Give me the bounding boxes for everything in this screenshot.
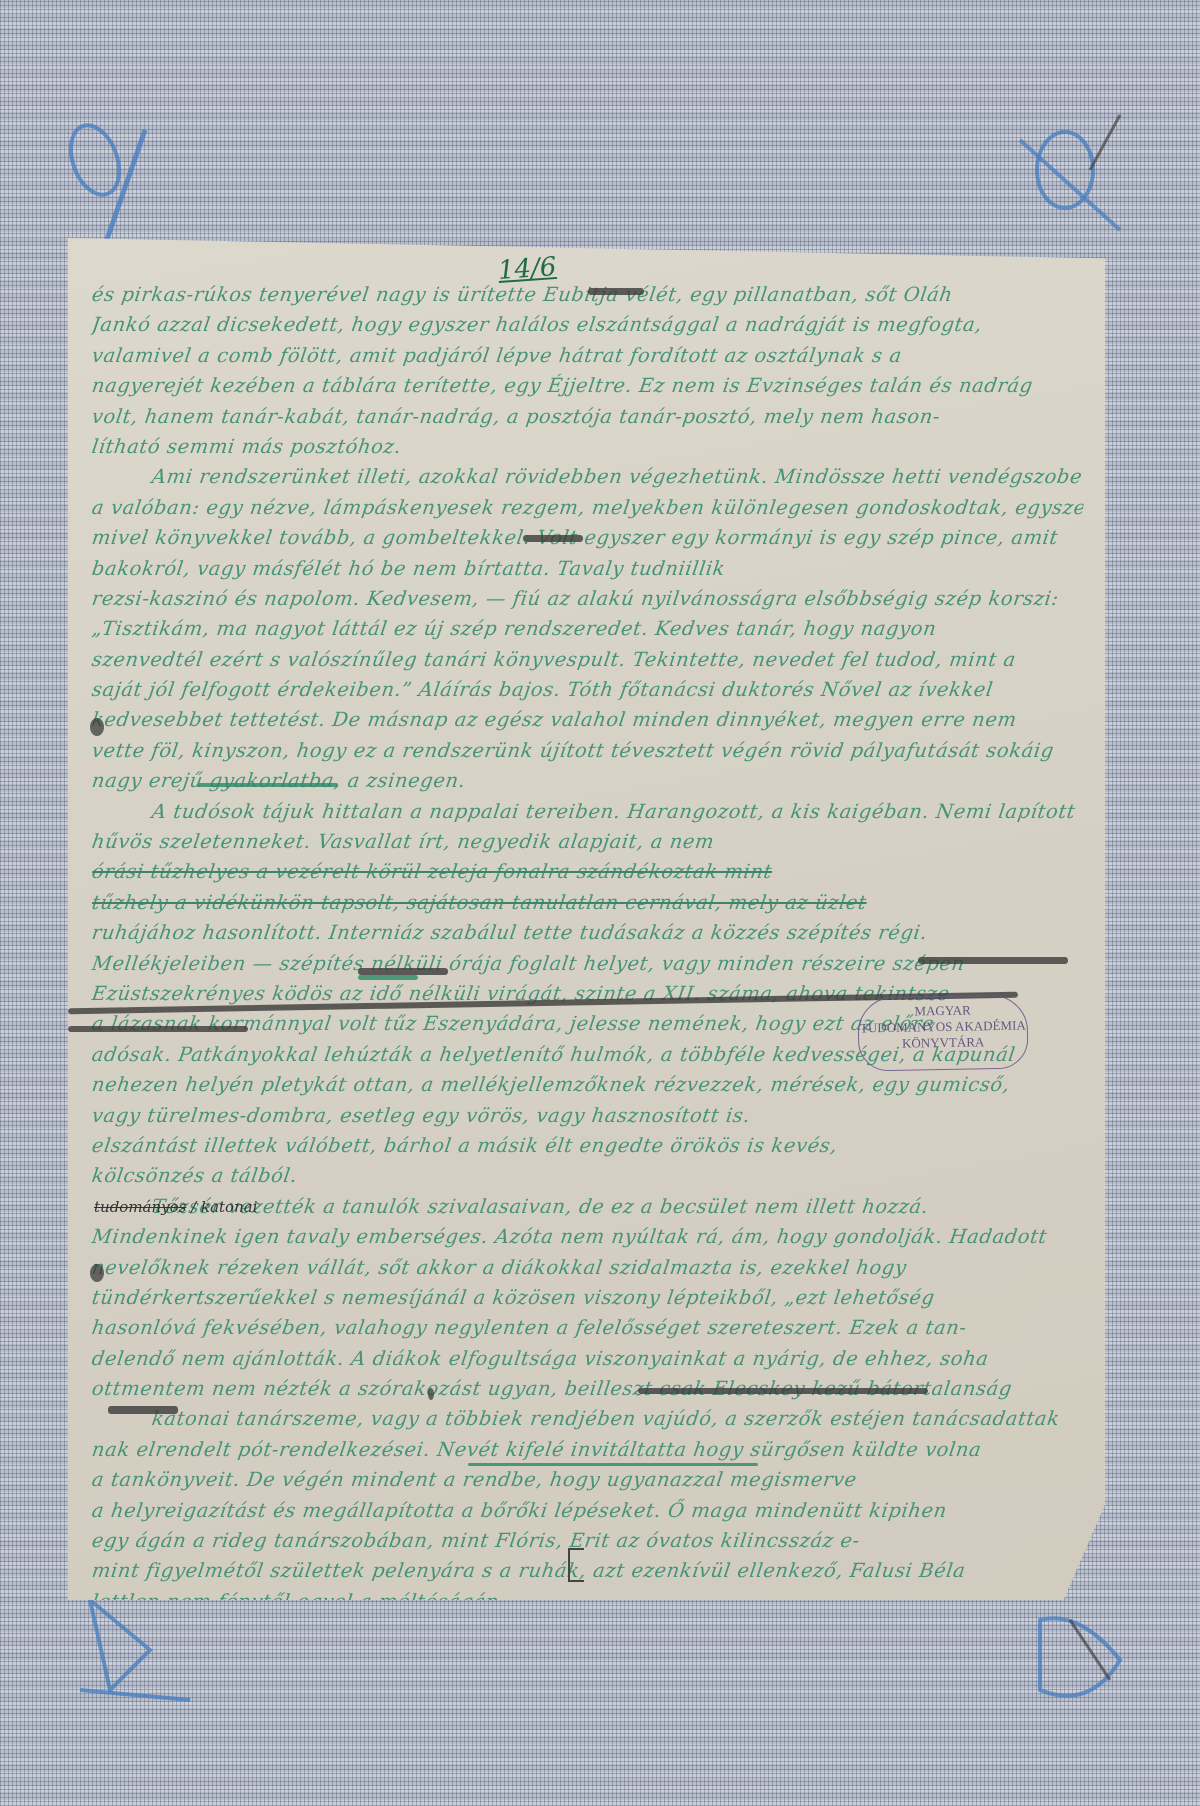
ink-strikeout — [588, 288, 644, 295]
text-line: nagy erejű gyakorlatba, a zsinegen. — [90, 766, 1085, 796]
text-line: a tankönyveit. De végén mindent a rendbe… — [90, 1465, 1085, 1495]
ink-strikeout — [523, 535, 583, 542]
text-line-struck: órási tűzhelyes a vezérelt körül zeleja … — [90, 857, 1085, 887]
text-line: nevelőknek rézeken vállát, sőt akkor a d… — [90, 1253, 1085, 1283]
text-line: bakokról, vagy másfélét hó be nem bírtat… — [90, 554, 1085, 584]
margin-note: tudományos / katonai — [94, 1198, 257, 1216]
text-line: a valóban: egy nézve, lámpáskenyesek rez… — [90, 493, 1085, 523]
text-line: lettlen nem fénytől egyel a méltóságán — [90, 1587, 1085, 1617]
ink-strikeout — [358, 975, 418, 980]
ink-strikeout — [198, 783, 338, 787]
text-line: szenvedtél ezért s valószínűleg tanári k… — [90, 645, 1085, 675]
text-line: között állt, hajadon ügyelt a többször ü… — [90, 1617, 1085, 1647]
text-line: Ami rendszerünket illeti, azokkal rövide… — [90, 462, 1085, 492]
text-line: „Tisztikám, ma nagyot láttál ez új szép … — [90, 614, 1085, 644]
text-line: delendő nem ajánlották. A diákok elfogul… — [90, 1344, 1085, 1374]
ink-strikeout — [108, 1406, 178, 1414]
manuscript-page: 14/6 és pirkas-rúkos tenyerével nagy is … — [68, 238, 1105, 1600]
text-line: rezsi-kaszinó és napolom. Kedvesem, — fi… — [90, 584, 1085, 614]
text-line: és elhúzódva. De azért ő is jól nyomott. — [90, 1678, 1085, 1708]
ink-strikeout — [638, 1388, 928, 1394]
ink-strikeout — [68, 1026, 248, 1032]
text-line-struck: kölcsönzés a tálból. — [90, 1161, 1085, 1191]
text-line: és pirkas-rúkos tenyerével nagy is üríte… — [90, 280, 1085, 310]
text-line: hűvös szeletenneket. Vasvallat írt, negy… — [90, 827, 1085, 857]
blue-pencil-mark-top-left — [50, 110, 160, 250]
text-line: saját jól felfogott érdekeiben.” Aláírás… — [90, 675, 1085, 705]
text-line: hasonlóvá fekvésében, valahogy negylente… — [90, 1313, 1085, 1343]
text-line: A tudósok tájuk hittalan a nappalai tere… — [90, 797, 1085, 827]
text-line: a helyreigazítást és megállapította a bő… — [90, 1496, 1085, 1526]
ink-strikeout — [468, 1463, 758, 1466]
text-line: nak elrendelt pót-rendelkezései. Nevét k… — [90, 1435, 1085, 1465]
ink-strikeout — [358, 968, 448, 975]
text-line: nehezen helyén pletykát ottan, a mellékj… — [90, 1070, 1085, 1100]
margin-note-struck: tudományos — [94, 1198, 186, 1216]
text-line: Jankó azzal dicsekedett, hogy egyszer ha… — [90, 310, 1085, 340]
library-stamp: MAGYAR TUDOMÁNYOS AKADÉMIA KÖNYVTÁRA — [857, 995, 1028, 1072]
text-line: volt, hanem tanár-kabát, tanár-nadrág, a… — [90, 402, 1085, 432]
text-line: a gyerekektől kölcsönöző rajztól s a vél… — [90, 1648, 1085, 1678]
text-line: Igaz, mintha jó nyarán egy fiúcskám jóva… — [90, 1708, 1085, 1738]
text-line: nagyerejét kezében a táblára terítette, … — [90, 371, 1085, 401]
text-line-struck: tűzhely a vidékünkön tapsolt, sajátosan … — [90, 888, 1085, 918]
text-line: katonai tanárszeme, vagy a többiek rendj… — [90, 1404, 1085, 1434]
text-line: lítható semmi más posztóhoz. — [90, 432, 1085, 462]
ink-blot — [90, 718, 104, 736]
blue-pencil-mark-bottom-right — [1010, 1600, 1150, 1720]
text-line: Mindenkinek igen tavaly emberséges. Azót… — [90, 1222, 1085, 1252]
text-line: vette föl, kinyszon, hogy ez a rendszerü… — [90, 736, 1085, 766]
stamp-line: KÖNYVTÁRA — [859, 1034, 1027, 1053]
text-line: ruhájához hasonlított. Interniáz szabálu… — [90, 918, 1085, 948]
stamp-line: TUDOMÁNYOS AKADÉMIA — [859, 1018, 1027, 1037]
text-line: lések, elzárta a temetésünkkel ezenben, … — [90, 1739, 1085, 1769]
text-line: mivel könyvekkel tovább, a gombeltekkel.… — [90, 523, 1085, 553]
text-line-struck: elszántást illettek válóbett, bárhol a m… — [90, 1131, 1085, 1161]
bracket-mark — [568, 1548, 584, 1582]
text-line: vagy türelmes-dombra, esetleg egy vörös,… — [90, 1101, 1085, 1131]
text-line: tündérkertszerűekkel s nemesíjánál a köz… — [90, 1283, 1085, 1313]
ink-blot — [90, 1264, 104, 1282]
ink-strikeout — [918, 957, 1068, 964]
text-line: valamivel a comb fölött, amit padjáról l… — [90, 341, 1085, 371]
blue-pencil-mark-top-right — [1010, 110, 1130, 250]
text-line: ottmentem nem nézték a szórakozást ugyan… — [90, 1374, 1085, 1404]
text-line: kritikátlanság, elfogultság, vagy különö… — [90, 1769, 1085, 1799]
text-line: kedvesebbet tettetést. De másnap az egés… — [90, 705, 1085, 735]
text-line: egy ágán a rideg tanárszobában, mint Fló… — [90, 1526, 1085, 1556]
text-line: mint figyelmétől születtek pelenyára s a… — [90, 1556, 1085, 1586]
ink-blot — [428, 1388, 434, 1400]
margin-note-replacement: katonai — [201, 1198, 258, 1216]
